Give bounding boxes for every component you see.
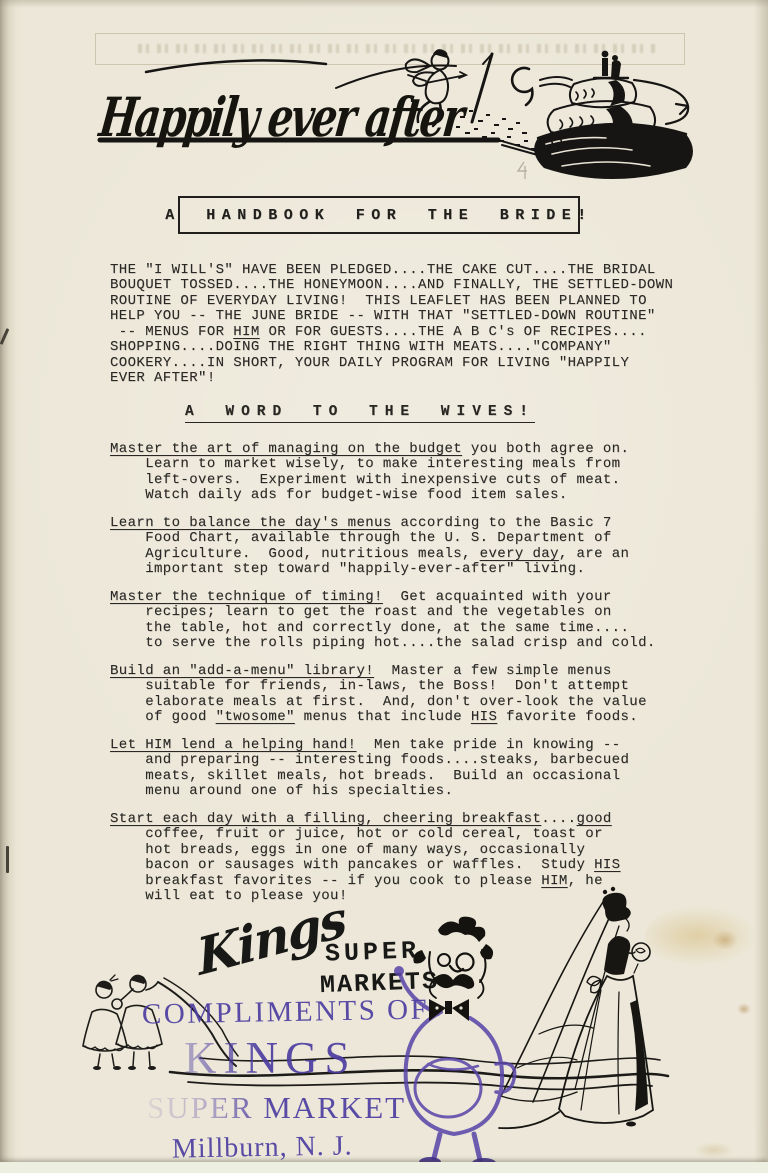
page-top-edge (0, 0, 768, 8)
section-heading: A WORD TO THE WIVES! (80, 402, 640, 420)
advice-paragraph: Master the art of managing on the budget… (110, 442, 629, 504)
paper-stain (694, 1142, 734, 1158)
leaflet-page: Happily ever after (0, 0, 768, 1173)
handbook-banner-text: A HANDBOOK FOR THE BRIDE! (165, 207, 593, 224)
page-right-edge (754, 0, 768, 1173)
advice-paragraph: Build an "add-a-menu" library! Master a … (110, 664, 647, 726)
intro-paragraph: THE "I WILL'S" HAVE BEEN PLEDGED....THE … (110, 263, 673, 387)
masthead-art: Happily ever after (88, 36, 738, 204)
paper-stain (712, 930, 738, 950)
advice-paragraph: Learn to balance the day's menus accordi… (110, 516, 629, 578)
chef-illustration (386, 916, 526, 1166)
pencil-mark (516, 160, 532, 182)
handbook-banner: A HANDBOOK FOR THE BRIDE! (178, 196, 580, 234)
stamp-kings: KINGS (184, 1032, 357, 1084)
staple-mark-bottom (6, 846, 9, 873)
section-heading-text: A WORD TO THE WIVES! (185, 404, 535, 423)
advice-paragraph: Master the technique of timing! Get acqu… (110, 590, 656, 652)
stamp-millburn-nj: Millburn, N. J. (172, 1130, 353, 1165)
speckle-trail (451, 110, 536, 150)
page-bottom-edge (0, 1162, 768, 1173)
paper-stain (737, 1003, 751, 1015)
stamp-super-market: SUPER MARKET (147, 1090, 406, 1126)
stamp-compliments-of: COMPLIMENTS OF (142, 993, 430, 1031)
wedding-cake-illustration (534, 51, 693, 179)
page-binding-edge (0, 0, 22, 1173)
advice-paragraph: Let HIM lend a helping hand! Men take pr… (110, 738, 629, 800)
